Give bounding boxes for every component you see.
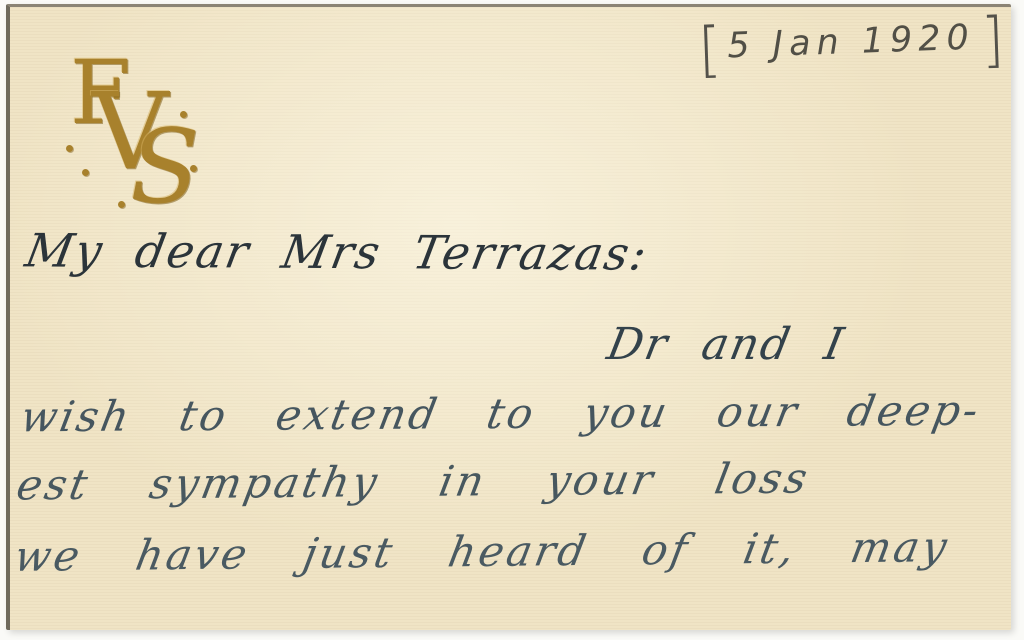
pencil-date-annotation: [ 5 Jan 1920 ] <box>697 10 1005 81</box>
note-card: F V S [ 5 Jan 1920 ] My dear Mrs Terraza… <box>6 4 1011 630</box>
monogram-dot <box>180 111 187 118</box>
monogram: F V S <box>62 49 222 234</box>
monogram-dot <box>118 201 125 208</box>
body-line: wish to extend to you our deep- <box>17 390 984 439</box>
date-bracket-right: ] <box>980 10 1006 71</box>
monogram-dot <box>66 145 73 152</box>
body-line: we have just heard of it, may <box>11 526 953 578</box>
date-bracket-left: [ <box>697 20 723 81</box>
monogram-dot <box>82 169 89 176</box>
salutation-line: My dear Mrs Terrazas: <box>22 227 652 276</box>
body-line: Dr and I <box>604 323 849 367</box>
monogram-dot <box>190 165 197 172</box>
body-line: est sympathy in your loss <box>13 458 813 507</box>
date-text: 5 Jan 1920 <box>721 17 982 72</box>
